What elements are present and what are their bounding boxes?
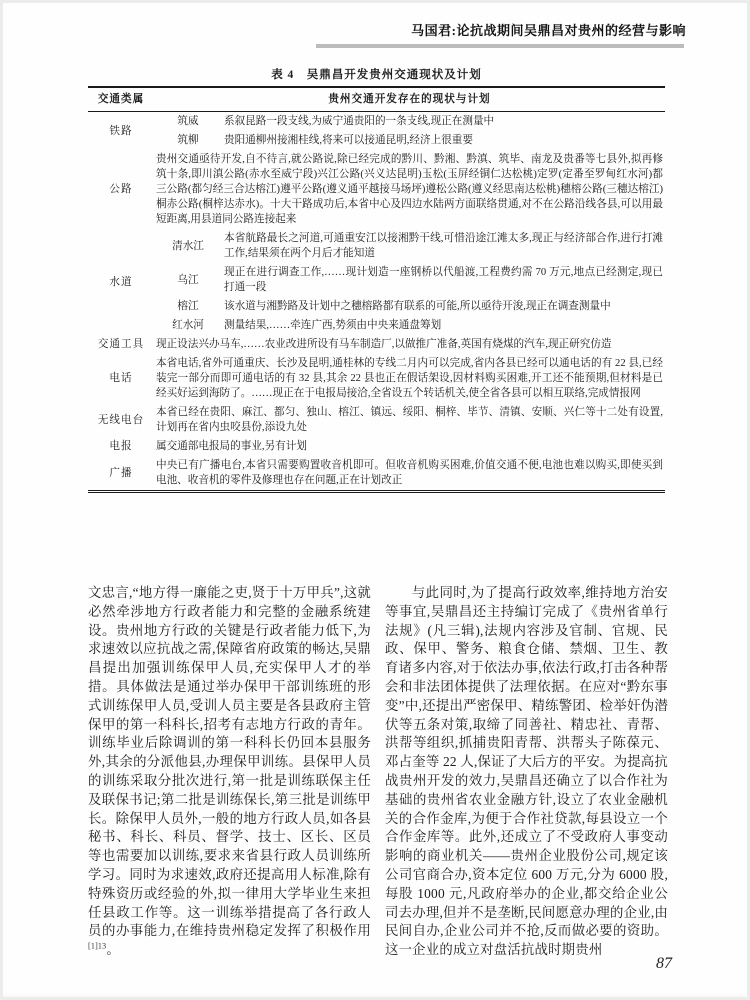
table-header-description: 贵州交通开发存在的现状与计划	[154, 87, 665, 112]
table-caption: 表 4 吴鼎昌开发贵州交通现状及计划	[88, 66, 665, 82]
transport-table-wrap: 交通类属 贵州交通开发存在的现状与计划 铁路筑威系叙昆路一段支线,为威宁通贵阳的…	[88, 86, 665, 493]
running-title: 马国君:论抗战期间吴鼎昌对贵州的经营与影响	[411, 20, 686, 39]
table-header-category: 交通类属	[88, 87, 154, 112]
page-number: 87	[656, 955, 672, 973]
table-row: 公路贵州交通亟待开发,自不待言,就公路说,除已经完成的黔川、黔湘、黔滇、筑毕、南…	[88, 150, 665, 229]
category-cell: 广播	[88, 456, 154, 492]
row-text-cell: 贵州交通亟待开发,自不待言,就公路说,除已经完成的黔川、黔湘、黔滇、筑毕、南龙及…	[154, 150, 665, 229]
sublabel-cell: 红水河	[154, 316, 222, 335]
table-row: 无线电台本省已经在贵阳、麻江、都匀、独山、榕江、镇远、绥阳、桐梓、毕节、清镇、安…	[88, 403, 665, 437]
transport-table-body: 交通类属 贵州交通开发存在的现状与计划 铁路筑威系叙昆路一段支线,为威宁通贵阳的…	[88, 87, 665, 492]
right-column: 与此同时,为了提高行政效率,维持地方治安等事宜,吴鼎昌还主持编订完成了《贵州省单…	[385, 584, 668, 960]
row-text-cell: 本省电话,省外可通重庆、长沙及昆明,通桂林的专线二月内可以完成,省内各县已经可以…	[154, 354, 665, 403]
sublabel-cell: 筑柳	[154, 131, 222, 150]
sublabel-cell: 乌江	[154, 263, 222, 297]
table-row: 电报属交通部电报局的事业,另有计划	[88, 437, 665, 456]
table-row: 榕江该水道与湘黔路及计划中之穗榕路都有联系的可能,所以亟待开浚,现正在调查测量中	[88, 297, 665, 316]
category-cell: 公路	[88, 150, 154, 229]
category-cell: 电报	[88, 437, 154, 456]
table-header-row: 交通类属 贵州交通开发存在的现状与计划	[88, 87, 665, 112]
table-row: 水道清水江本省航路最长之河道,可通重安江以接湘黔干线,可惜沿途江滩太多,现正与经…	[88, 229, 665, 263]
row-text-cell: 测量结果,……牵连广西,势须由中央来通盘筹划	[222, 316, 665, 335]
table-row: 交通工具现正设法兴办马车,……农业改进所设有马车制造厂,以做推广准备,英国有烧煤…	[88, 335, 665, 354]
row-text-cell: 本省已经在贵阳、麻江、都匀、独山、榕江、镇远、绥阳、桐梓、毕节、清镇、安顺、兴仁…	[154, 403, 665, 437]
sublabel-cell: 榕江	[154, 297, 222, 316]
table-row: 电话本省电话,省外可通重庆、长沙及昆明,通桂林的专线二月内可以完成,省内各县已经…	[88, 354, 665, 403]
row-text-cell: 中央已有广播电台,本省只需要购置收音机即可。但收音机购买困难,价值交通不便,电池…	[154, 456, 665, 492]
category-cell: 电话	[88, 354, 154, 403]
row-text-cell: 本省航路最长之河道,可通重安江以接湘黔干线,可惜沿途江滩太多,现正与经济部合作,…	[222, 229, 665, 263]
header-rule	[316, 44, 684, 48]
sublabel-cell: 筑威	[154, 112, 222, 132]
left-paragraph-text: 文忠言,“地方得一廉能之吏,贤于十万甲兵”,这就必然牵涉地方行政者能力和完整的金…	[88, 585, 371, 938]
body-columns: 文忠言,“地方得一廉能之吏,贤于十万甲兵”,这就必然牵涉地方行政者能力和完整的金…	[88, 584, 668, 960]
left-paragraph: 文忠言,“地方得一廉能之吏,贤于十万甲兵”,这就必然牵涉地方行政者能力和完整的金…	[88, 584, 371, 960]
table-row: 广播中央已有广播电台,本省只需要购置收音机即可。但收音机购买困难,价值交通不便,…	[88, 456, 665, 492]
left-column: 文忠言,“地方得一廉能之吏,贤于十万甲兵”,这就必然牵涉地方行政者能力和完整的金…	[88, 584, 371, 960]
row-text-cell: 系叙昆路一段支线,为威宁通贵阳的一条支线,现正在测量中	[222, 112, 665, 132]
category-cell: 无线电台	[88, 403, 154, 437]
category-cell: 交通工具	[88, 335, 154, 354]
right-paragraph: 与此同时,为了提高行政效率,维持地方治安等事宜,吴鼎昌还主持编订完成了《贵州省单…	[385, 584, 668, 960]
table-row: 筑柳贵阳通柳州接湘桂线,将来可以接通昆明,经济上很重要	[88, 131, 665, 150]
sublabel-cell: 清水江	[154, 229, 222, 263]
row-text-cell: 属交通部电报局的事业,另有计划	[154, 437, 665, 456]
row-text-cell: 该水道与湘黔路及计划中之穗榕路都有联系的可能,所以亟待开浚,现正在调查测量中	[222, 297, 665, 316]
row-text-cell: 现正设法兴办马车,……农业改进所设有马车制造厂,以做推广准备,英国有烧煤的汽车,…	[154, 335, 665, 354]
row-text-cell: 现正在进行调查工作,……现计划造一座钢桥以代船渡,工程费约需 70 万元,地点已…	[222, 263, 665, 297]
table-row: 铁路筑威系叙昆路一段支线,为威宁通贵阳的一条支线,现正在测量中	[88, 112, 665, 132]
table-row: 乌江现正在进行调查工作,……现计划造一座钢桥以代船渡,工程费约需 70 万元,地…	[88, 263, 665, 297]
left-paragraph-end: 。	[106, 942, 120, 957]
footnote-ref: [1]13	[88, 942, 106, 951]
category-cell: 水道	[88, 229, 154, 335]
transport-table: 交通类属 贵州交通开发存在的现状与计划 铁路筑威系叙昆路一段支线,为威宁通贵阳的…	[88, 86, 665, 493]
table-row: 红水河测量结果,……牵连广西,势须由中央来通盘筹划	[88, 316, 665, 335]
category-cell: 铁路	[88, 112, 154, 151]
scanned-page: 马国君:论抗战期间吴鼎昌对贵州的经营与影响 表 4 吴鼎昌开发贵州交通现状及计划…	[0, 0, 750, 1000]
row-text-cell: 贵阳通柳州接湘桂线,将来可以接通昆明,经济上很重要	[222, 131, 665, 150]
